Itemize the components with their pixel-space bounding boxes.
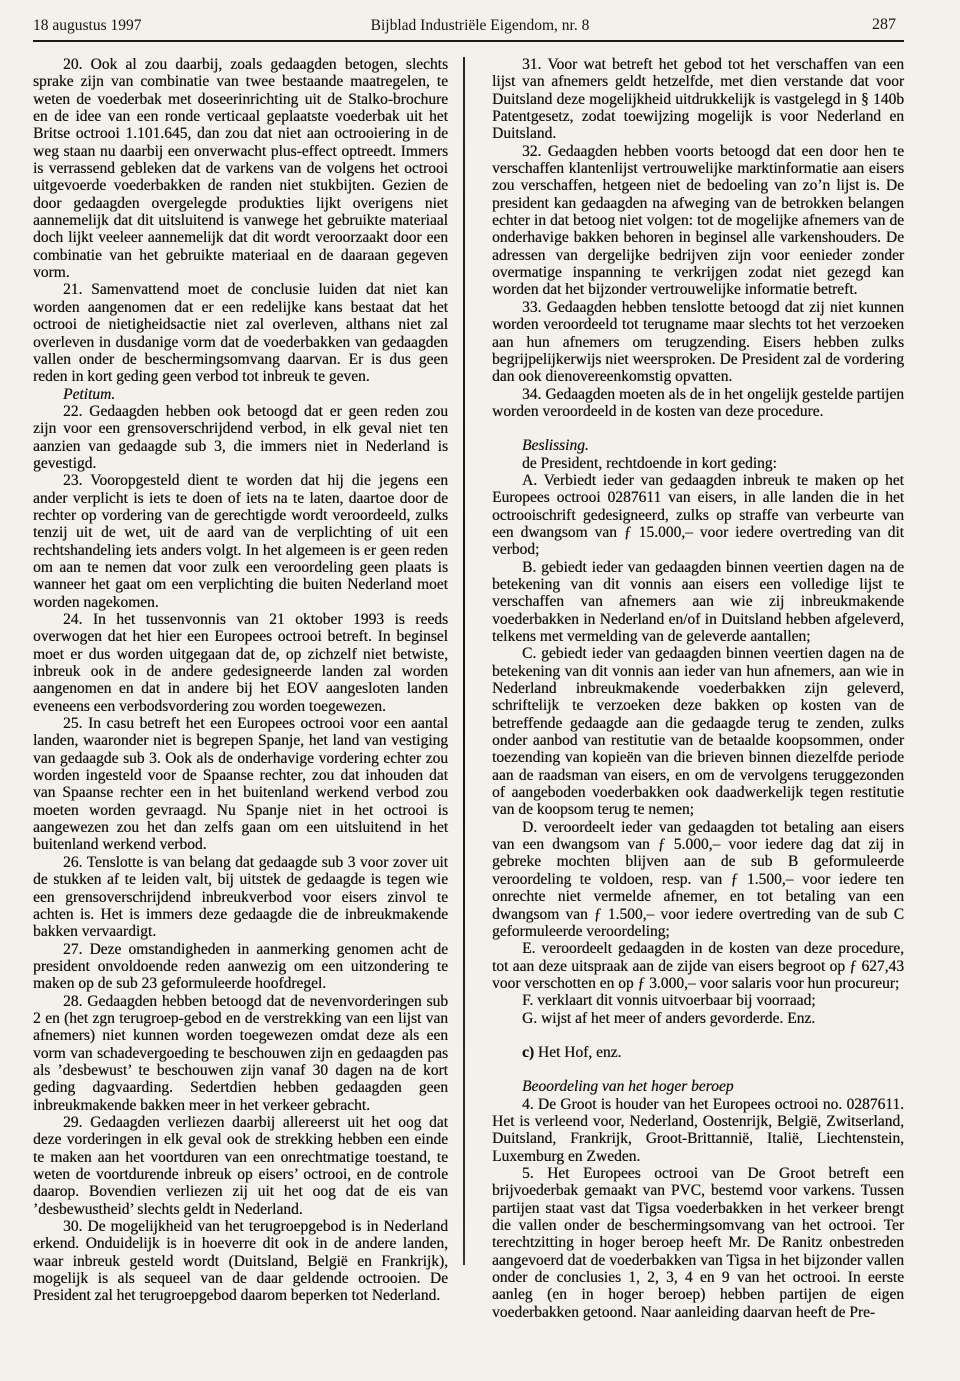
het-hof-marker: c) xyxy=(522,1044,534,1061)
left-column: 20. Ook al zou daarbij, zoals gedaagden … xyxy=(33,56,448,1305)
paragraph-26: 26. Tenslotte is van belang dat gedaagde… xyxy=(33,854,448,941)
column-divider-line xyxy=(463,57,465,1265)
order-f: F. verklaart dit vonnis uitvoerbaar bij … xyxy=(492,992,904,1009)
order-a: A. Verbiedt ieder van gedaagden inbreuk … xyxy=(492,472,904,559)
order-d: D. veroordeelt ieder van gedaagden tot b… xyxy=(492,819,904,940)
paragraph-33: 33. Gedaagden hebben tenslotte betoogd d… xyxy=(492,299,904,386)
journal-page-scan: 18 augustus 1997 Bijblad Industriële Eig… xyxy=(0,0,960,1381)
right-column: 31. Voor wat betreft het gebod tot het v… xyxy=(492,56,904,1321)
paragraph-5: 5. Het Europees octrooi van De Groot bet… xyxy=(492,1165,904,1321)
paragraph-20: 20. Ook al zou daarbij, zoals gedaagden … xyxy=(33,56,448,281)
heading-petitum: Petitum. xyxy=(33,386,448,403)
paragraph-23: 23. Vooropgesteld dient te worden dat hi… xyxy=(33,472,448,611)
paragraph-29: 29. Gedaagden verliezen daarbij allereer… xyxy=(33,1114,448,1218)
het-hof-text: Het Hof, enz. xyxy=(534,1044,621,1061)
heading-beoordeling-hoger-beroep: Beoordeling van het hoger beroep xyxy=(492,1078,904,1095)
order-g: G. wijst af het meer of anders gevorderd… xyxy=(492,1010,904,1027)
paragraph-31: 31. Voor wat betreft het gebod tot het v… xyxy=(492,56,904,143)
order-e: E. veroordeelt gedaagden in de kosten va… xyxy=(492,940,904,992)
journal-title: Bijblad Industriële Eigendom, nr. 8 xyxy=(0,17,960,35)
paragraph-30: 30. De mogelijkheid van het terugroepgeb… xyxy=(33,1218,448,1305)
paragraph-34: 34. Gedaagden moeten als de in het ongel… xyxy=(492,386,904,421)
paragraph-24: 24. In het tussenvonnis van 21 oktober 1… xyxy=(33,611,448,715)
paragraph-22: 22. Gedaagden hebben ook betoogd dat er … xyxy=(33,403,448,472)
paragraph-27: 27. Deze omstandigheden in aanmerking ge… xyxy=(33,941,448,993)
page-number: 287 xyxy=(872,16,896,34)
paragraph-32: 32. Gedaagden hebben voorts betoogd dat … xyxy=(492,143,904,299)
heading-beslissing: Beslissing. xyxy=(492,437,904,454)
paragraph-28: 28. Gedaagden hebben betoogd dat de neve… xyxy=(33,993,448,1114)
header-rule xyxy=(33,40,904,42)
order-c: C. gebiedt ieder van gedaagden binnen ve… xyxy=(492,645,904,818)
paragraph-25: 25. In casu betreft het een Europees oct… xyxy=(33,715,448,854)
heading-het-hof: c) Het Hof, enz. xyxy=(492,1044,904,1061)
order-b: B. gebiedt ieder van gedaagden binnen ve… xyxy=(492,559,904,646)
paragraph-21: 21. Samenvattend moet de conclusie luide… xyxy=(33,281,448,385)
line-president-kort-geding: de President, rechtdoende in kort geding… xyxy=(492,455,904,472)
paragraph-4: 4. De Groot is houder van het Europees o… xyxy=(492,1096,904,1165)
